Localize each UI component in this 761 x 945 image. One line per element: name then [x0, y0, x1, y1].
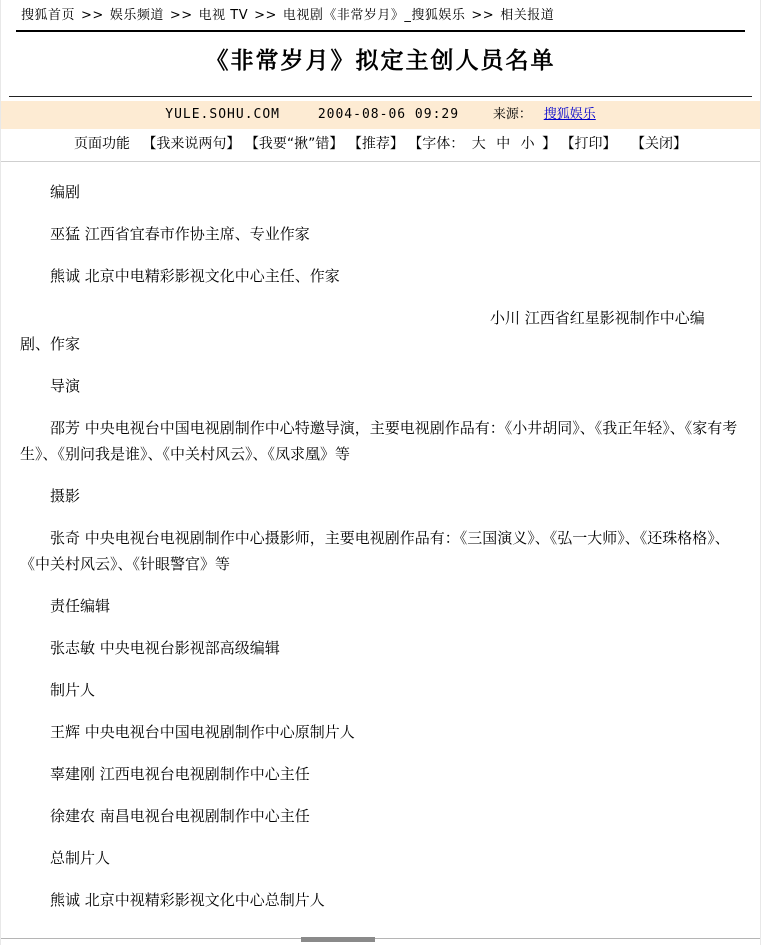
close-button[interactable]: 【关闭】 — [631, 136, 687, 152]
print-button[interactable]: 【打印】 — [561, 136, 617, 152]
breadcrumb-link[interactable]: 相关报道 — [500, 8, 554, 23]
breadcrumb: 搜狐首页>>娱乐频道>>电视 TV>>电视剧《非常岁月》_搜狐娱乐>>相关报道 — [1, 0, 760, 23]
paragraph: 编剧 — [20, 179, 741, 205]
comment-button[interactable]: 【我来说两句】 — [142, 136, 240, 152]
paragraph: 摄影 — [20, 483, 741, 509]
breadcrumb-separator: >> — [170, 8, 193, 23]
report-error-button[interactable]: 【我要“揪”错】 — [245, 136, 344, 152]
article-body: 编剧巫猛 江西省宜春市作协主席、专业作家熊诚 北京中电精彩影视文化中心主任、作家… — [1, 162, 760, 913]
breadcrumb-link[interactable]: 电视剧《非常岁月》_搜狐娱乐 — [283, 8, 466, 23]
footer-segment — [301, 937, 375, 942]
font-size-label: 【字体： — [408, 136, 464, 152]
publish-datetime: 2004-08-06 09:29 — [318, 107, 459, 122]
site-name: YULE.SOHU.COM — [165, 107, 280, 122]
recommend-button[interactable]: 【推荐】 — [348, 136, 404, 152]
source-label: 来源： — [493, 107, 532, 122]
footer-divider — [1, 938, 760, 939]
paragraph: 制片人 — [20, 677, 741, 703]
font-size-label-close: 】 — [542, 136, 556, 152]
font-size-large-button[interactable]: 大 — [472, 136, 486, 152]
header-divider — [16, 30, 745, 32]
source-bar: YULE.SOHU.COM 2004-08-06 09:29 来源： 搜狐娱乐 — [1, 101, 760, 129]
breadcrumb-separator: >> — [471, 8, 494, 23]
breadcrumb-link[interactable]: 娱乐频道 — [110, 8, 164, 23]
paragraph: 熊诚 北京中视精彩影视文化中心总制片人 — [20, 887, 741, 913]
paragraph: 导演 — [20, 373, 741, 399]
page-title: 《非常岁月》拟定主创人员名单 — [1, 45, 760, 77]
paragraph: 辜建刚 江西电视台电视剧制作中心主任 — [20, 761, 741, 787]
paragraph: 熊诚 北京中电精彩影视文化中心主任、作家 — [20, 263, 741, 289]
page-function-bar: 页面功能 【我来说两句】 【我要“揪”错】 【推荐】 【字体： 大 中 小 】 … — [1, 129, 760, 161]
paragraph: 总制片人 — [20, 845, 741, 871]
breadcrumb-link[interactable]: 搜狐首页 — [21, 8, 75, 23]
breadcrumb-separator: >> — [254, 8, 277, 23]
paragraph: 徐建农 南昌电视台电视剧制作中心主任 — [20, 803, 741, 829]
paragraph: 小川 江西省红星影视制作中心编剧、作家 — [20, 305, 725, 357]
breadcrumb-separator: >> — [81, 8, 104, 23]
paragraph: 邵芳 中央电视台中国电视剧制作中心特邀导演，主要电视剧作品有：《小井胡同》、《我… — [20, 415, 741, 467]
font-size-small-button[interactable]: 小 — [521, 136, 535, 152]
paragraph: 巫猛 江西省宜春市作协主席、专业作家 — [20, 221, 741, 247]
page-functions-label: 页面功能 — [74, 136, 130, 152]
title-divider — [9, 96, 752, 97]
font-size-medium-button[interactable]: 中 — [496, 136, 510, 152]
paragraph: 张奇 中央电视台电视剧制作中心摄影师，主要电视剧作品有：《三国演义》、《弘一大师… — [20, 525, 741, 577]
paragraph: 张志敏 中央电视台影视部高级编辑 — [20, 635, 741, 661]
paragraph: 王辉 中央电视台中国电视剧制作中心原制片人 — [20, 719, 741, 745]
source-link[interactable]: 搜狐娱乐 — [544, 107, 596, 122]
paragraph: 责任编辑 — [20, 593, 741, 619]
breadcrumb-link[interactable]: 电视 TV — [199, 8, 248, 23]
